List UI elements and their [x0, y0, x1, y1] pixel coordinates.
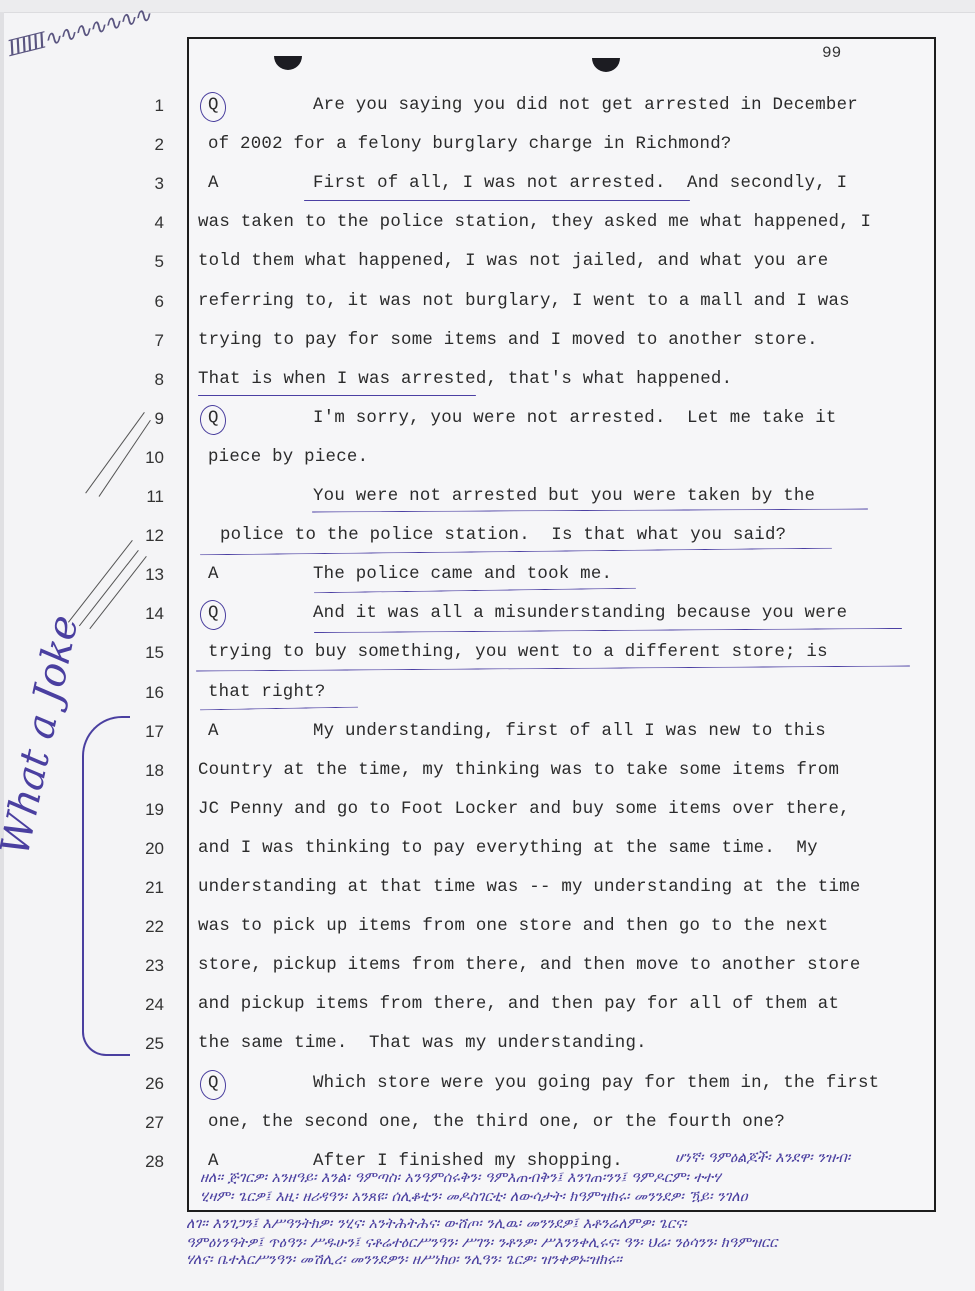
handwritten-note-line: ዘለ። ጅገርዎ፡ አንዘዓይ፡ እንል፡ ዓምጣስ፡ አንዓምሰሩቅን፡ ዓም… [200, 1170, 721, 1186]
transcript-line-text: and pickup items from there, and then pa… [198, 995, 839, 1014]
line-number: 21 [124, 878, 164, 898]
transcript-line-text: And it was all a misunderstanding becaus… [313, 604, 847, 623]
line-number: 23 [124, 956, 164, 976]
line-number: 17 [124, 722, 164, 742]
line-number: 19 [124, 800, 164, 820]
line-number: 22 [124, 917, 164, 937]
transcript-line-text: That is when I was arrested, that's what… [198, 370, 732, 389]
line-number: 4 [124, 213, 164, 233]
answer-marker: A [208, 565, 219, 584]
line-number: 16 [124, 683, 164, 703]
line-number: 26 [124, 1074, 164, 1094]
scan-left-edge [0, 12, 4, 1291]
transcript-line-text: was taken to the police station, they as… [198, 213, 871, 232]
transcript-line-text: JC Penny and go to Foot Locker and buy s… [198, 800, 850, 819]
transcript-line-text: Are you saying you did not get arrested … [313, 96, 858, 115]
transcript-line-text: of 2002 for a felony burglary charge in … [208, 135, 732, 154]
line-number: 27 [124, 1113, 164, 1133]
line-number: 25 [124, 1034, 164, 1054]
transcript-line-text: one, the second one, the third one, or t… [208, 1113, 785, 1132]
transcript-line-text: that right? [208, 683, 326, 702]
transcript-line-text: Country at the time, my thinking was to … [198, 761, 839, 780]
transcript-line-text: piece by piece. [208, 448, 368, 467]
transcript-line-text: store, pickup items from there, and then… [198, 956, 861, 975]
line-number: 18 [124, 761, 164, 781]
page-number: 99 [822, 44, 841, 62]
transcript-line-text: I'm sorry, you were not arrested. Let me… [313, 409, 837, 428]
transcript-line-text: and I was thinking to pay everything at … [198, 839, 818, 858]
line-number: 3 [124, 174, 164, 194]
line-number: 28 [124, 1152, 164, 1172]
answer-marker: A [208, 722, 219, 741]
line-number: 1 [124, 96, 164, 116]
handwritten-note-line: ዓምዕነንዓትዎ፤ ጥዕዓን፡ ሥዱሁን፤ ናቶሬተዕርሥንዓን፡ ሥገን፡ ን… [186, 1235, 777, 1251]
line-number: 14 [124, 604, 164, 624]
line-number: 2 [124, 135, 164, 155]
answer-marker: A [208, 174, 219, 193]
line-number: 8 [124, 370, 164, 390]
handwritten-note-line: ሆነኛ፡ ዓምዕልጆች፡ እንደዋ፡ ንዝብ፡ [675, 1150, 850, 1166]
line-number: 11 [124, 487, 164, 507]
line-number: 7 [124, 331, 164, 351]
handwritten-note-line: ሃለና፡ ቤተእርሥንዓን፡ መሽሊረ፡ መንንደዎን፡ ዘሥነክዐ፡ ንሊዓን… [186, 1252, 622, 1268]
underline-mark [304, 200, 690, 201]
transcript-line-text: trying to pay for some items and I moved… [198, 331, 818, 350]
transcript-line-text: understanding at that time was -- my und… [198, 878, 861, 897]
transcript-line-text: You were not arrested but you were taken… [313, 487, 815, 506]
line-number: 15 [124, 643, 164, 663]
line-number: 20 [124, 839, 164, 859]
margin-bracket [82, 716, 130, 1056]
margin-note: What a Joke [0, 611, 88, 859]
transcript-line-text: trying to buy something, you went to a d… [208, 643, 828, 662]
transcript-line-text: My understanding, first of all I was new… [313, 722, 826, 741]
handwritten-note-line: ሂዛም፡ ጌርዎ፤ እዚ፡ ዘሪዳዓን፡ አንጸዩ፡ ሰሊቆቲን፡ መዶስገርቲ… [200, 1189, 748, 1205]
transcript-line-text: The police came and took me. [313, 565, 612, 584]
transcript-line-text: referring to, it was not burglary, I wen… [198, 292, 850, 311]
handwritten-note-line: ለገ። እንገጋን፤ እሥዓንትክዎ፡ ንሂና፡ አንትሕትሕና፡ ውሸጦ፡ ን… [186, 1216, 686, 1232]
underline-mark [198, 395, 476, 396]
transcript-line-text: After I finished my shopping. [313, 1152, 623, 1171]
transcript-line-text: police to the police station. Is that wh… [220, 526, 786, 545]
transcript-line-text: was to pick up items from one store and … [198, 917, 828, 936]
transcript-line-text: First of all, I was not arrested. And se… [313, 174, 847, 193]
line-number: 5 [124, 252, 164, 272]
transcript-line-text: told them what happened, I was not jaile… [198, 252, 828, 271]
transcript-line-text: the same time. That was my understanding… [198, 1034, 647, 1053]
line-number: 6 [124, 292, 164, 312]
transcript-line-text: Which store were you going pay for them … [313, 1074, 879, 1093]
answer-marker: A [208, 1152, 219, 1171]
line-number: 24 [124, 995, 164, 1015]
